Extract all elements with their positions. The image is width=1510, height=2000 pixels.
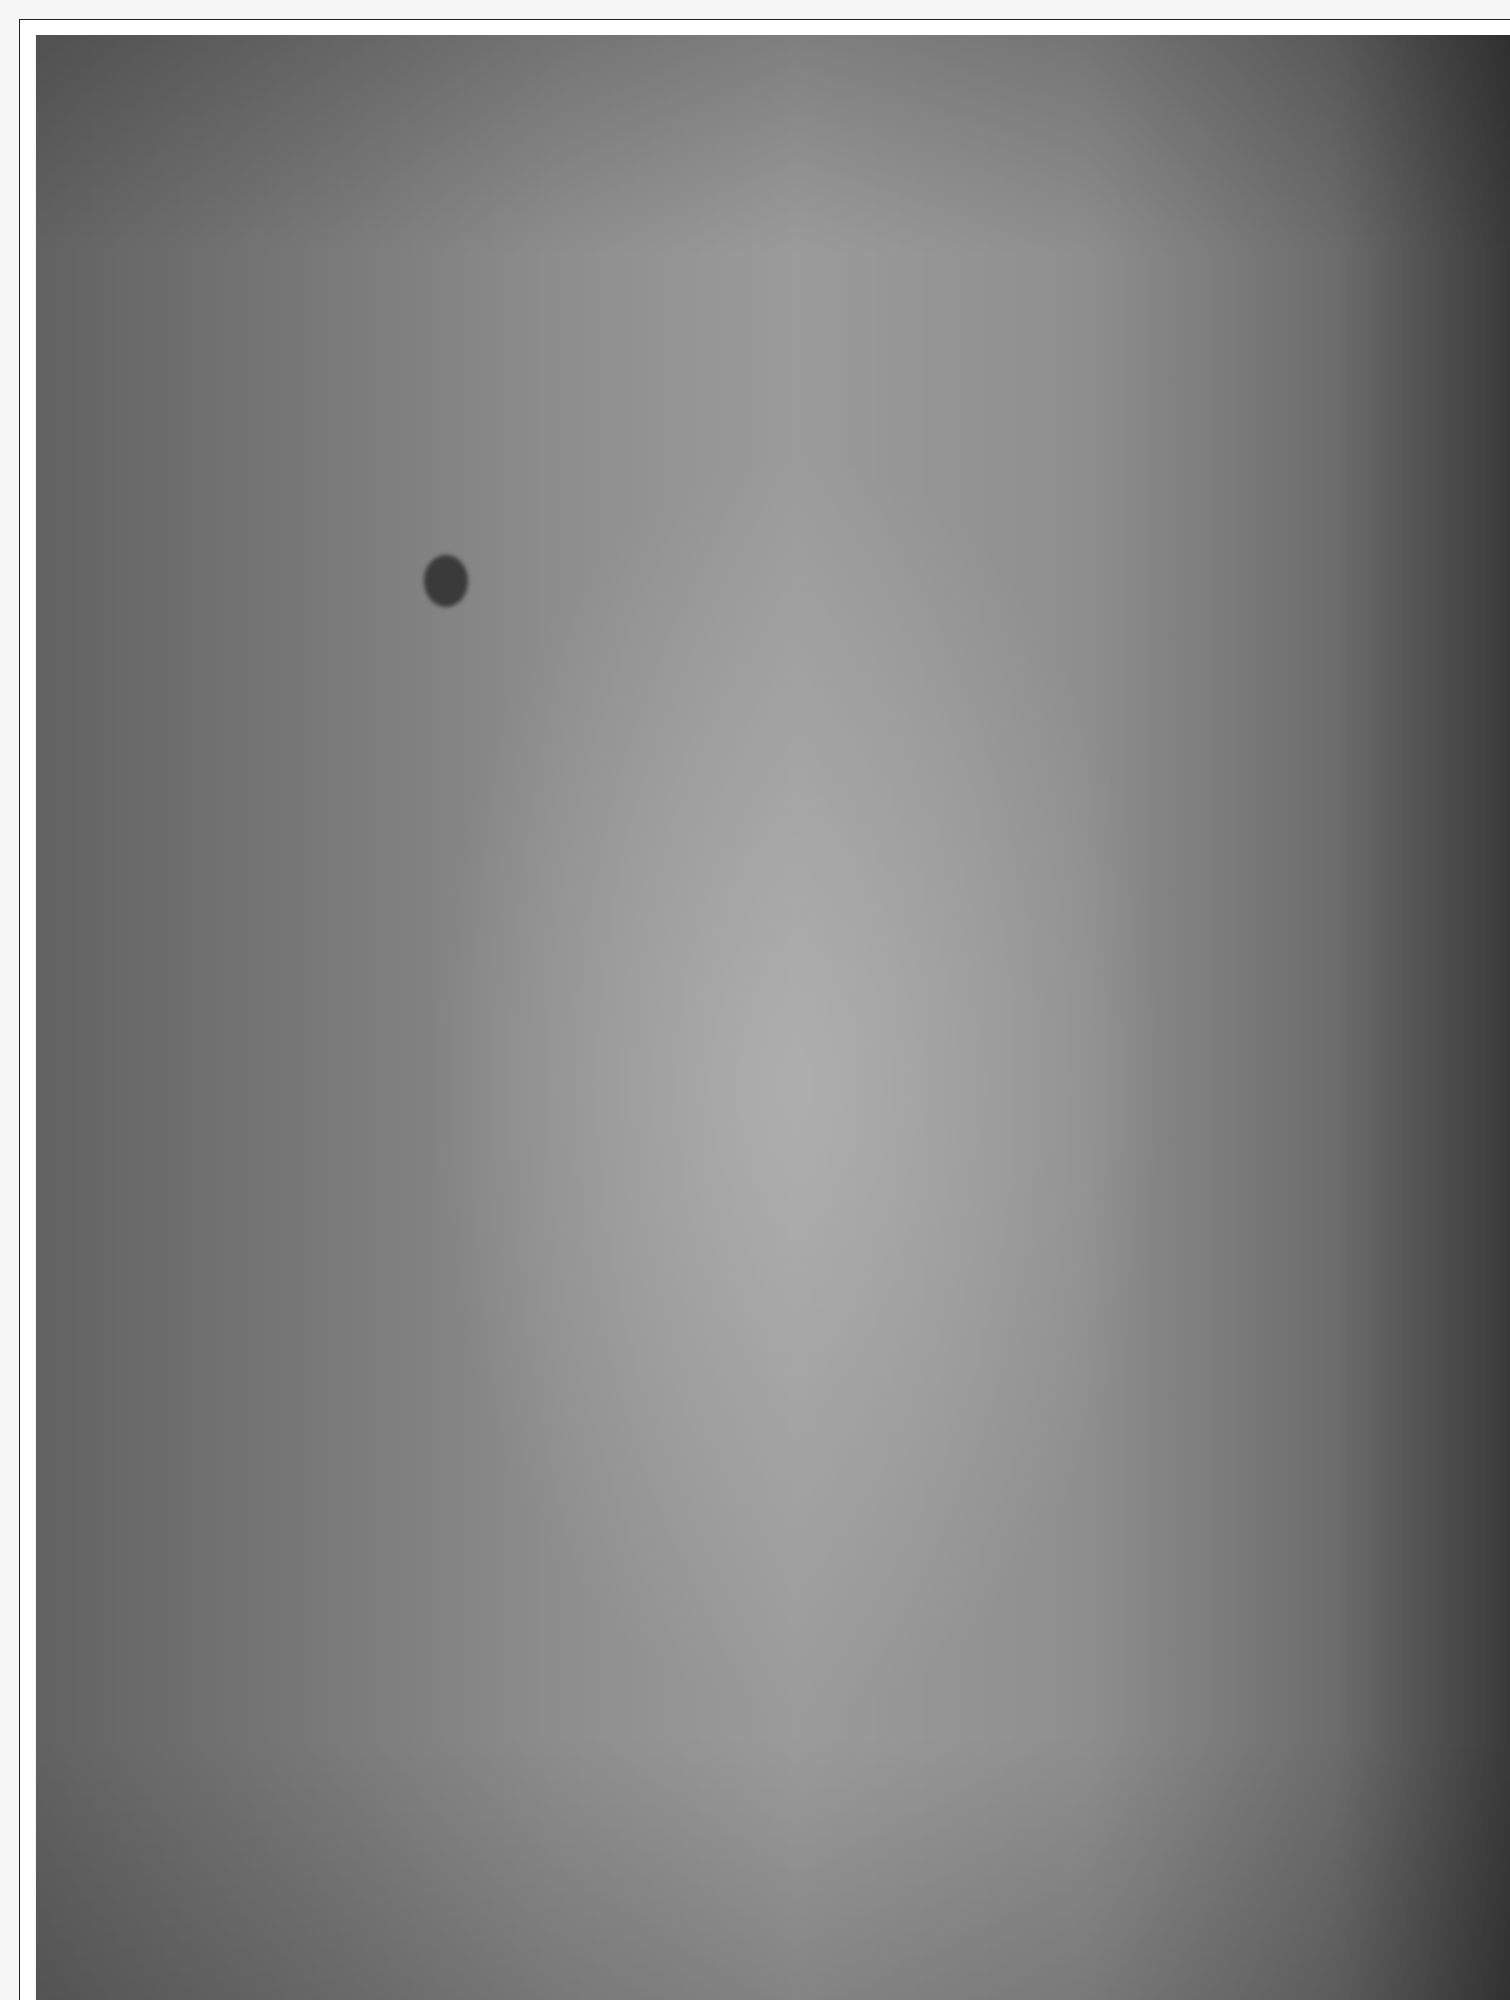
left-ruler-strip xyxy=(19,19,35,2000)
left-ruler xyxy=(0,0,35,2000)
top-ruler xyxy=(0,0,1510,35)
ink-blot xyxy=(424,555,468,607)
manuscript-page xyxy=(36,35,1510,2000)
top-ruler-strip xyxy=(19,19,1510,35)
